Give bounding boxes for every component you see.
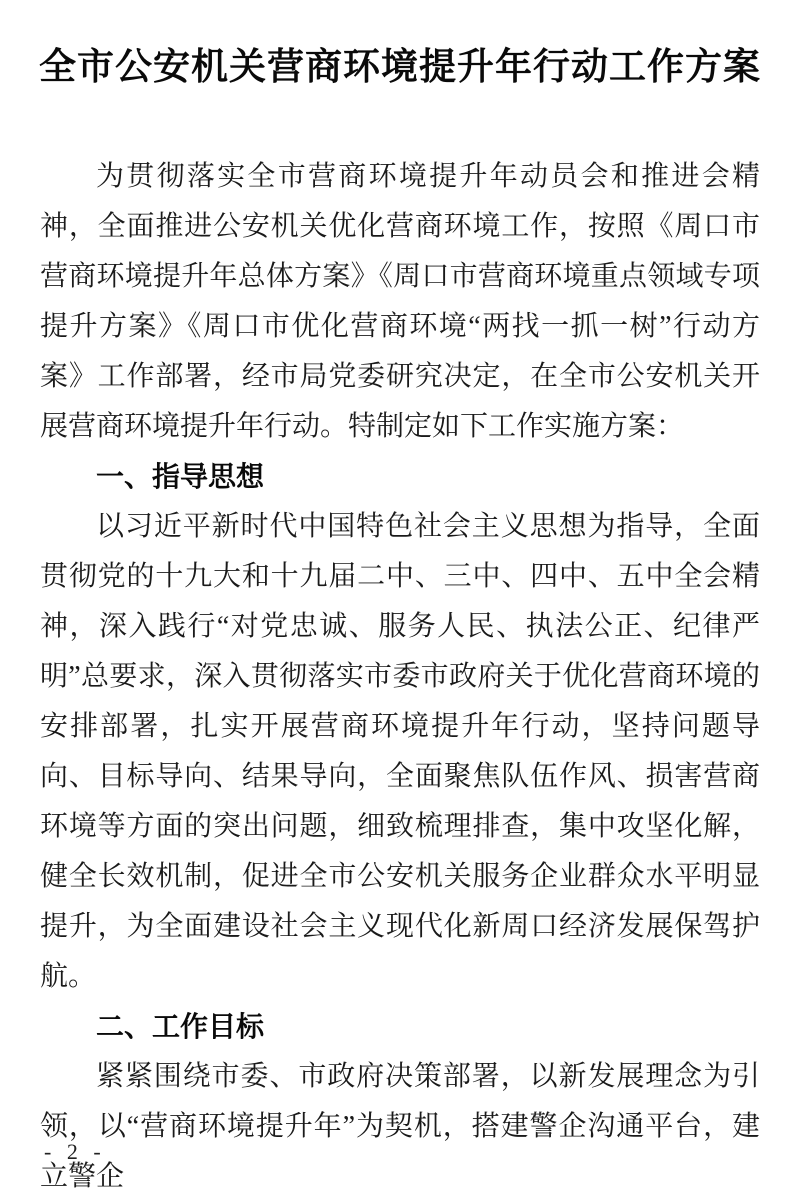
section-heading: 一、指导思想 bbox=[40, 452, 760, 502]
paragraph: 以习近平新时代中国特色社会主义思想为指导，全面贯彻党的十九大和十九届二中、三中、… bbox=[40, 502, 760, 1002]
document-body: 为贯彻落实全市营商环境提升年动员会和推进会精神，全面推进公安机关优化营商环境工作… bbox=[40, 152, 760, 1202]
document-page: 全市公安机关营商环境提升年行动工作方案 为贯彻落实全市营商环境提升年动员会和推进… bbox=[0, 0, 800, 1203]
page-number: - 2 - bbox=[44, 1139, 106, 1165]
paragraph: 为贯彻落实全市营商环境提升年动员会和推进会精神，全面推进公安机关优化营商环境工作… bbox=[40, 152, 760, 452]
section-heading: 二、工作目标 bbox=[40, 1002, 760, 1052]
paragraph: 紧紧围绕市委、市政府决策部署，以新发展理念为引领，以“营商环境提升年”为契机，搭… bbox=[40, 1052, 760, 1202]
document-title: 全市公安机关营商环境提升年行动工作方案 bbox=[0, 0, 800, 94]
